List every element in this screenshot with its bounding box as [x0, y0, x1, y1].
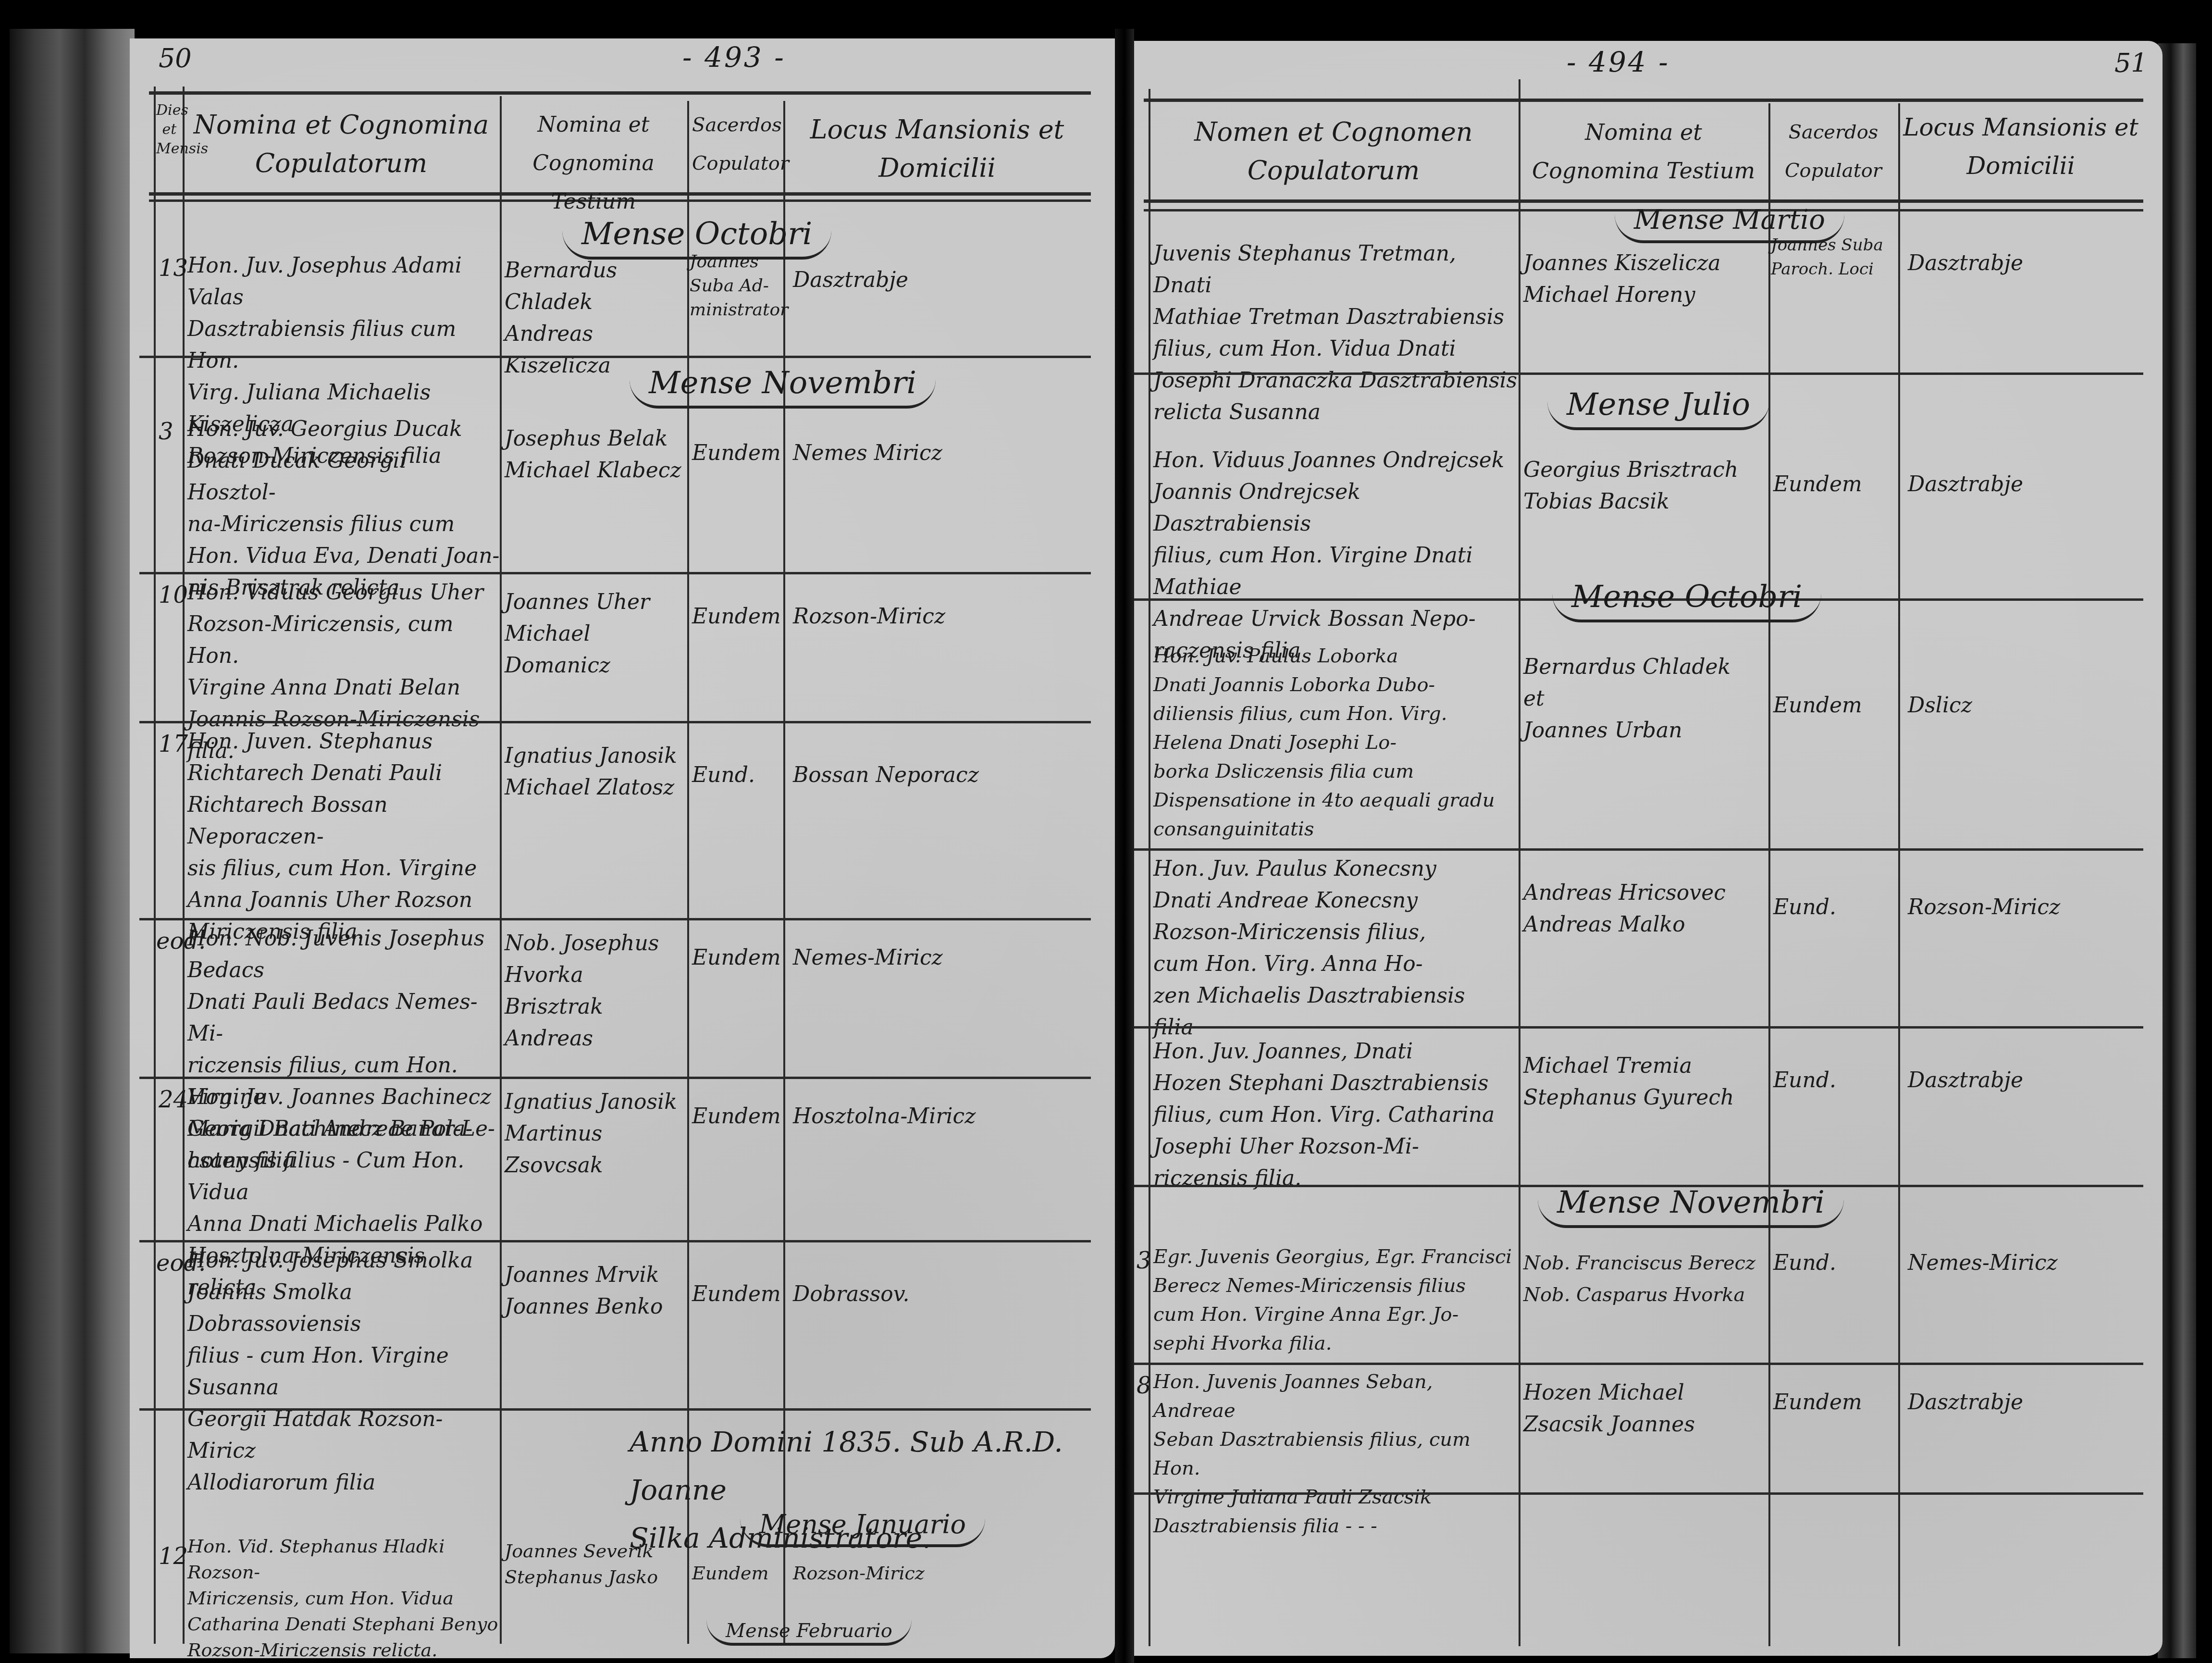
entry-witnesses: Joannes Severik Stephanus Jasko: [505, 1538, 687, 1590]
header-day: Dies et Mensis: [156, 101, 183, 159]
entry-copulator: Eundem: [692, 1278, 783, 1310]
entry-couple: Hon. Juvenis Joannes Seban, Andreae Seba…: [1153, 1367, 1519, 1540]
col-rule: [783, 101, 785, 1644]
entry-residence: Nemes-Miricz: [793, 942, 1081, 974]
entry-copulator: Eund.: [1773, 1065, 1898, 1096]
row-rule: [1134, 1492, 2143, 1495]
month-heading: Mense Novembri: [630, 365, 936, 409]
entry-couple: Juvenis Stephanus Tretman, Dnati Mathiae…: [1153, 238, 1519, 428]
header-copulator: Sacerdos Copulator: [692, 106, 779, 183]
header-couple: Nomina et Cognomina Copulatorum: [187, 106, 495, 183]
entry-copulator: Eundem: [1773, 1387, 1898, 1418]
entry-residence: Bossan Neporacz: [793, 759, 1081, 791]
entry-witnesses: Andreas Hricsovec Andreas Malko: [1523, 877, 1768, 941]
entry-copulator: Eundem: [692, 1557, 783, 1589]
entry-copulator: Eundem: [692, 601, 783, 633]
entry-witnesses: Joannes Mrvik Joannes Benko: [505, 1259, 687, 1323]
entry-witnesses: Hozen Michael Zsacsik Joannes: [1523, 1377, 1768, 1440]
entry-copulator: Eund.: [1773, 1247, 1898, 1279]
folio-number: - 494 -: [1567, 46, 1670, 78]
entry-witnesses: Nob. Josephus Hvorka Brisztrak Andreas: [505, 928, 687, 1055]
row-rule: [1134, 1363, 2143, 1365]
entry-couple: Hon. Juv. Joannes, Dnati Hozen Stephani …: [1153, 1036, 1519, 1194]
entry-witnesses: Bernardus Chladek et Joannes Urban: [1523, 651, 1768, 746]
left-page: 50 - 493 - Dies et Mensis Nomina et Cogn…: [130, 38, 1115, 1658]
month-heading: Mense Octobri: [1552, 579, 1821, 622]
entry-day: 17: [159, 731, 188, 757]
row-rule: [1134, 372, 2143, 375]
entry-witnesses: Josephus Belak Michael Klabecz: [505, 423, 687, 486]
entry-copulator: Eundem: [692, 942, 783, 974]
right-page: 51 - 494 - Nomen et Cognomen Copulatorum…: [1134, 41, 2163, 1656]
entry-couple: Hon. Juven. Stephanus Richtarech Denati …: [187, 726, 500, 948]
header-rule-top: [1144, 99, 2143, 102]
col-rule: [1898, 103, 1900, 1646]
col-rule: [1519, 79, 1520, 1646]
entry-day: 24: [159, 1086, 188, 1113]
entry-couple: Hon. Viduus Joannes Ondrejcsek Joannis O…: [1153, 445, 1519, 667]
entry-copulator: Eundem: [1773, 469, 1898, 500]
entry-day: 8: [1137, 1372, 1151, 1399]
entry-residence: Dasztrabje: [1908, 1065, 2138, 1096]
month-heading: Mense Julio: [1547, 387, 1769, 430]
header-witnesses: Nomina et Cognomina Testium: [1523, 113, 1764, 190]
row-rule: [1134, 848, 2143, 851]
header-copulator: Sacerdos Copulator: [1773, 113, 1893, 190]
row-rule: [139, 572, 1091, 574]
col-rule: [1768, 103, 1770, 1646]
month-heading: Mense Februario: [706, 1620, 912, 1646]
entry-residence: Nemes Miricz: [793, 437, 1081, 469]
header-residence: Locus Mansionis et Domicilii: [1903, 108, 2138, 185]
entry-day: 13: [159, 255, 188, 282]
folio-number: - 493 -: [682, 41, 786, 74]
entry-residence: Rozson-Miricz: [793, 1557, 1081, 1589]
entry-copulator: Joannes Suba Paroch. Loci: [1771, 233, 1898, 281]
entry-residence: Dasztrabje: [793, 264, 1081, 296]
entry-witnesses: Ignatius Janosik Michael Zlatosz: [505, 740, 687, 804]
header-rule-top: [149, 91, 1091, 95]
entry-residence: Dasztrabje: [1908, 248, 2138, 279]
row-rule: [1134, 1026, 2143, 1029]
entry-copulator: Joannes Suba Ad- ministrator: [690, 250, 783, 322]
entry-day: 10: [159, 582, 188, 608]
entry-couple: Hon. Juv. Paulus Loborka Dnati Joannis L…: [1153, 642, 1519, 844]
entry-copulator: Eundem: [692, 437, 783, 469]
entry-witnesses: Michael Tremia Stephanus Gyurech: [1523, 1050, 1768, 1114]
entry-witnesses: Joannes Uher Michael Domanicz: [505, 586, 687, 682]
entry-copulator: Eundem: [692, 1101, 783, 1132]
header-witnesses: Nomina et Cognomina Testium: [505, 106, 682, 221]
entry-residence: Rozson-Miricz: [1908, 892, 2138, 923]
col-rule: [687, 101, 689, 1644]
entry-couple: Hon. Juv. Georgius Ducak Dnati Ducak Geo…: [187, 413, 500, 604]
entry-couple: Hon. Vid. Stephanus Hladki Rozson- Miric…: [187, 1533, 500, 1663]
col-rule: [500, 96, 502, 1644]
entry-witnesses: Georgius Brisztrach Tobias Bacsik: [1523, 454, 1768, 518]
header-couple: Nomen et Cognomen Copulatorum: [1153, 113, 1514, 190]
header-residence: Locus Mansionis et Domicilii: [788, 111, 1086, 187]
header-rule-bottom: [1144, 199, 2143, 203]
entry-residence: Hosztolna-Miricz: [793, 1101, 1081, 1132]
entry-witnesses: Bernardus Chladek Andreas Kiszelicza: [505, 255, 687, 382]
entry-copulator: Eundem: [1773, 690, 1898, 721]
entry-copulator: Eund.: [1773, 892, 1898, 923]
col-rule: [1149, 89, 1150, 1646]
entry-residence: Rozson-Miricz: [793, 601, 1081, 633]
entry-day: 3: [159, 418, 173, 445]
entry-day: 3: [1137, 1247, 1151, 1274]
row-rule: [139, 1240, 1091, 1242]
entry-residence: Dobrassov.: [793, 1278, 1081, 1310]
row-rule: [139, 1077, 1091, 1079]
row-rule: [139, 721, 1091, 723]
entry-witnesses: Joannes Kiszelicza Michael Horeny: [1523, 248, 1768, 311]
entry-residence: Dslicz: [1908, 690, 2138, 721]
entry-couple: Hon. Juv. Paulus Konecsny Dnati Andreae …: [1153, 853, 1519, 1043]
row-rule: [139, 1408, 1091, 1411]
row-rule: [139, 918, 1091, 920]
entry-residence: Nemes-Miricz: [1908, 1247, 2138, 1279]
page-number: 51: [2114, 48, 2148, 78]
book-gutter: [1115, 29, 1134, 1663]
entry-day: 12: [159, 1543, 188, 1570]
month-heading: Mense Novembri: [1538, 1185, 1844, 1228]
entry-residence: Dasztrabje: [1908, 469, 2138, 500]
entry-couple: Hon. Juv. Josephus Smolka Joannis Smolka…: [187, 1245, 500, 1499]
month-heading: Mense Januario: [740, 1509, 985, 1547]
entry-copulator: Eund.: [692, 759, 783, 791]
entry-witnesses: Nob. Franciscus Berecz Nob. Casparus Hvo…: [1523, 1247, 1768, 1311]
page-number: 50: [159, 43, 192, 74]
entry-witnesses: Ignatius Janosik Martinus Zsovcsak: [505, 1086, 687, 1181]
book-edge-right: [2158, 43, 2196, 1658]
row-rule: [139, 356, 1091, 358]
entry-residence: Dasztrabje: [1908, 1387, 2138, 1418]
book-edge-left: [10, 29, 135, 1653]
entry-couple: Egr. Juvenis Georgius, Egr. Francisci Be…: [1153, 1242, 1519, 1358]
